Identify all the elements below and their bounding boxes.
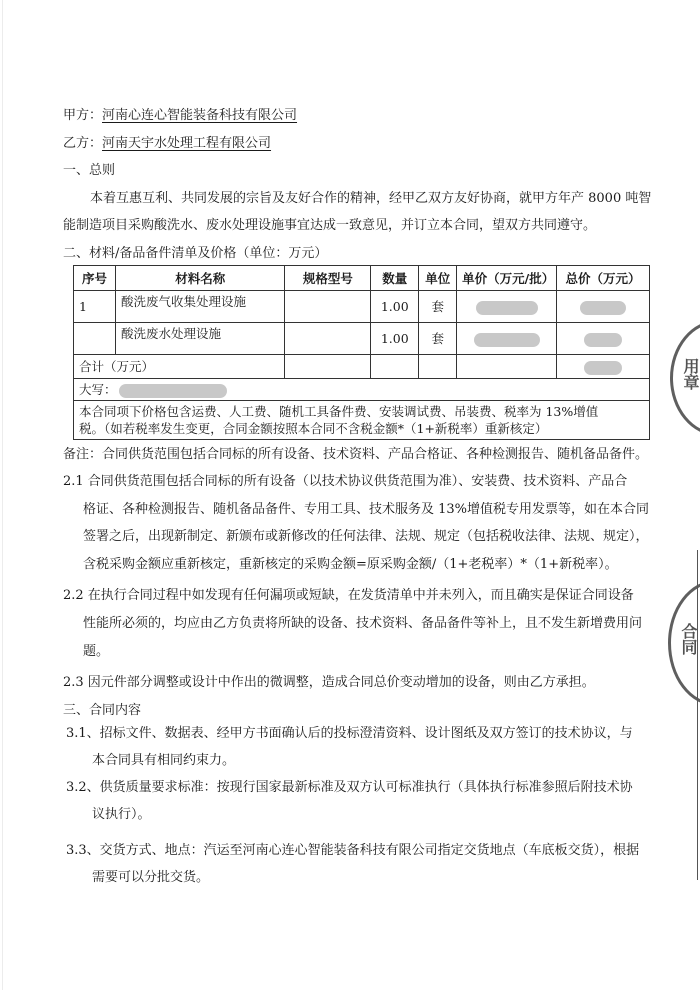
header-no: 序号 bbox=[74, 266, 116, 291]
table-row: 1 酸洗废气收集处理设施 1.00 套 bbox=[74, 291, 650, 323]
price-note-line1: 本合同项下价格包含运费、人工费、随机工具备件费、安装调试费、吊装费、税率为 13… bbox=[79, 403, 644, 420]
clause-2-1-line2: 格证、各种检测报告、随机备品备件、专用工具、技术服务及 13%增值税专用发票等，… bbox=[83, 501, 649, 519]
party-b-name: 河南天宇水处理工程有限公司 bbox=[102, 136, 271, 151]
section1-heading: 一、总则 bbox=[63, 162, 115, 180]
capital-row: 大写： bbox=[74, 379, 650, 401]
redaction-mark bbox=[580, 301, 626, 315]
price-note-line2: 税。（如若税率发生变更，合同金额按照本合同不含税金额*（1+新税率）重新核定） bbox=[79, 420, 644, 437]
party-b-label: 乙方： bbox=[63, 136, 102, 151]
empty-cell bbox=[457, 355, 557, 379]
row-total bbox=[557, 291, 650, 323]
header-spec: 规格型号 bbox=[285, 266, 371, 291]
capital-cell: 大写： bbox=[74, 379, 650, 401]
section1-para-line2: 能制造项目采购酸洗水、废水处理设施事宜达成一致意见，并订立本合同，望双方共同遵守… bbox=[63, 217, 596, 235]
page-fold-line bbox=[697, 550, 698, 880]
clause-3-3-line2: 需要可以分批交货。 bbox=[92, 869, 209, 887]
section2-heading: 二、材料/备品备件清单及价格（单位：万元） bbox=[63, 245, 327, 263]
row-spec bbox=[285, 291, 371, 323]
party-a: 甲方：河南心连心智能装备科技有限公司 bbox=[63, 107, 297, 125]
clause-2-3: 2.3 因元件部分调整或设计中作出的微调整，造成合同总价变动增加的设备，则由乙方… bbox=[63, 674, 595, 692]
capital-label: 大写： bbox=[79, 382, 117, 397]
section3-heading: 三、合同内容 bbox=[63, 702, 141, 720]
party-a-label: 甲方： bbox=[63, 108, 102, 123]
row-qty: 1.00 bbox=[371, 291, 419, 323]
section1-para-line1: 本着互惠互利、共同发展的宗旨及友好合作的精神，经甲乙双方友好协商，就甲方年产 8… bbox=[90, 190, 651, 208]
redaction-mark bbox=[584, 333, 622, 347]
row-unit-price bbox=[457, 323, 557, 355]
empty-cell bbox=[285, 355, 371, 379]
redaction-mark bbox=[474, 333, 540, 347]
row-name: 酸洗废水处理设施 bbox=[115, 323, 285, 355]
price-note-row: 本合同项下价格包含运费、人工费、随机工具备件费、安装调试费、吊装费、税率为 13… bbox=[74, 401, 650, 440]
empty-cell bbox=[419, 355, 457, 379]
header-total: 总价（万元） bbox=[557, 266, 650, 291]
remark: 备注：合同供货范围包括合同标的所有设备、技术资料、产品合格证、各种检测报告、随机… bbox=[63, 446, 648, 464]
row-spec bbox=[285, 323, 371, 355]
clause-2-2-line2: 性能所必须的，均应由乙方负责将所缺的设备、技术资料、备品备件等补上，且不发生新增… bbox=[83, 615, 642, 633]
empty-cell bbox=[371, 355, 419, 379]
party-a-name: 河南心连心智能装备科技有限公司 bbox=[102, 108, 297, 123]
table-header-row: 序号 材料名称 规格型号 数量 单位 单价（万元/批） 总价（万元） bbox=[74, 266, 650, 291]
header-qty: 数量 bbox=[371, 266, 419, 291]
row-qty: 1.00 bbox=[371, 323, 419, 355]
page-edge bbox=[2, 0, 3, 990]
row-total bbox=[557, 323, 650, 355]
redaction-mark bbox=[119, 384, 227, 398]
contract-seal-stamp: 合同 bbox=[668, 580, 700, 706]
clause-2-1-line1: 2.1 合同供货范围包括合同标的所有设备（以技术协议供货范围为准）、安装费、技术… bbox=[63, 473, 627, 491]
total-value bbox=[557, 355, 650, 379]
header-name: 材料名称 bbox=[115, 266, 285, 291]
party-b: 乙方：河南天宇水处理工程有限公司 bbox=[63, 135, 271, 153]
clause-3-1-line2: 本合同具有相同约束力。 bbox=[92, 752, 235, 770]
items-table: 序号 材料名称 规格型号 数量 单位 单价（万元/批） 总价（万元） 1 酸洗废… bbox=[73, 265, 650, 440]
total-label: 合计（万元） bbox=[74, 355, 285, 379]
clause-2-2-line3: 题。 bbox=[83, 643, 109, 661]
header-unit-price: 单价（万元/批） bbox=[457, 266, 557, 291]
company-seal-stamp: 用章 bbox=[670, 320, 700, 436]
total-row: 合计（万元） bbox=[74, 355, 650, 379]
clause-3-2-line1: 3.2、供货质量要求标准：按现行国家最新标准及双方认可标准执行（具体执行标准参照… bbox=[66, 779, 633, 797]
clause-3-2-line2: 议执行）。 bbox=[92, 806, 151, 824]
price-note: 本合同项下价格包含运费、人工费、随机工具备件费、安装调试费、吊装费、税率为 13… bbox=[74, 401, 650, 440]
clause-2-1-line4: 含税采购金额应重新核定，重新核定的采购金额=原采购金额/（1+老税率）*（1+新… bbox=[83, 556, 618, 574]
clause-3-3-line1: 3.3、交货方式、地点：汽运至河南心连心智能装备科技有限公司指定交货地点（车底板… bbox=[66, 842, 639, 860]
table-row: 酸洗废水处理设施 1.00 套 bbox=[74, 323, 650, 355]
row-unit: 套 bbox=[419, 323, 457, 355]
row-unit: 套 bbox=[419, 291, 457, 323]
row-name: 酸洗废气收集处理设施 bbox=[115, 291, 285, 323]
redaction-mark bbox=[476, 301, 538, 315]
clause-2-1-line3: 签署之后，出现新制定、新颁布或新修改的任何法律、法规、规定（包括税收法律、法规、… bbox=[83, 528, 649, 546]
stamp-text: 用章 bbox=[679, 358, 700, 390]
row-no bbox=[74, 323, 116, 355]
row-no: 1 bbox=[74, 291, 116, 323]
clause-3-1-line1: 3.1、招标文件、数据表、经甲方书面确认后的投标澄清资料、设计图纸及双方签订的技… bbox=[66, 725, 633, 743]
row-unit-price bbox=[457, 291, 557, 323]
header-unit: 单位 bbox=[419, 266, 457, 291]
redaction-mark bbox=[584, 361, 622, 375]
clause-2-2-line1: 2.2 在执行合同过程中如发现有任何漏项或短缺，在发货清单中并未列入，而且确实是… bbox=[63, 587, 634, 605]
